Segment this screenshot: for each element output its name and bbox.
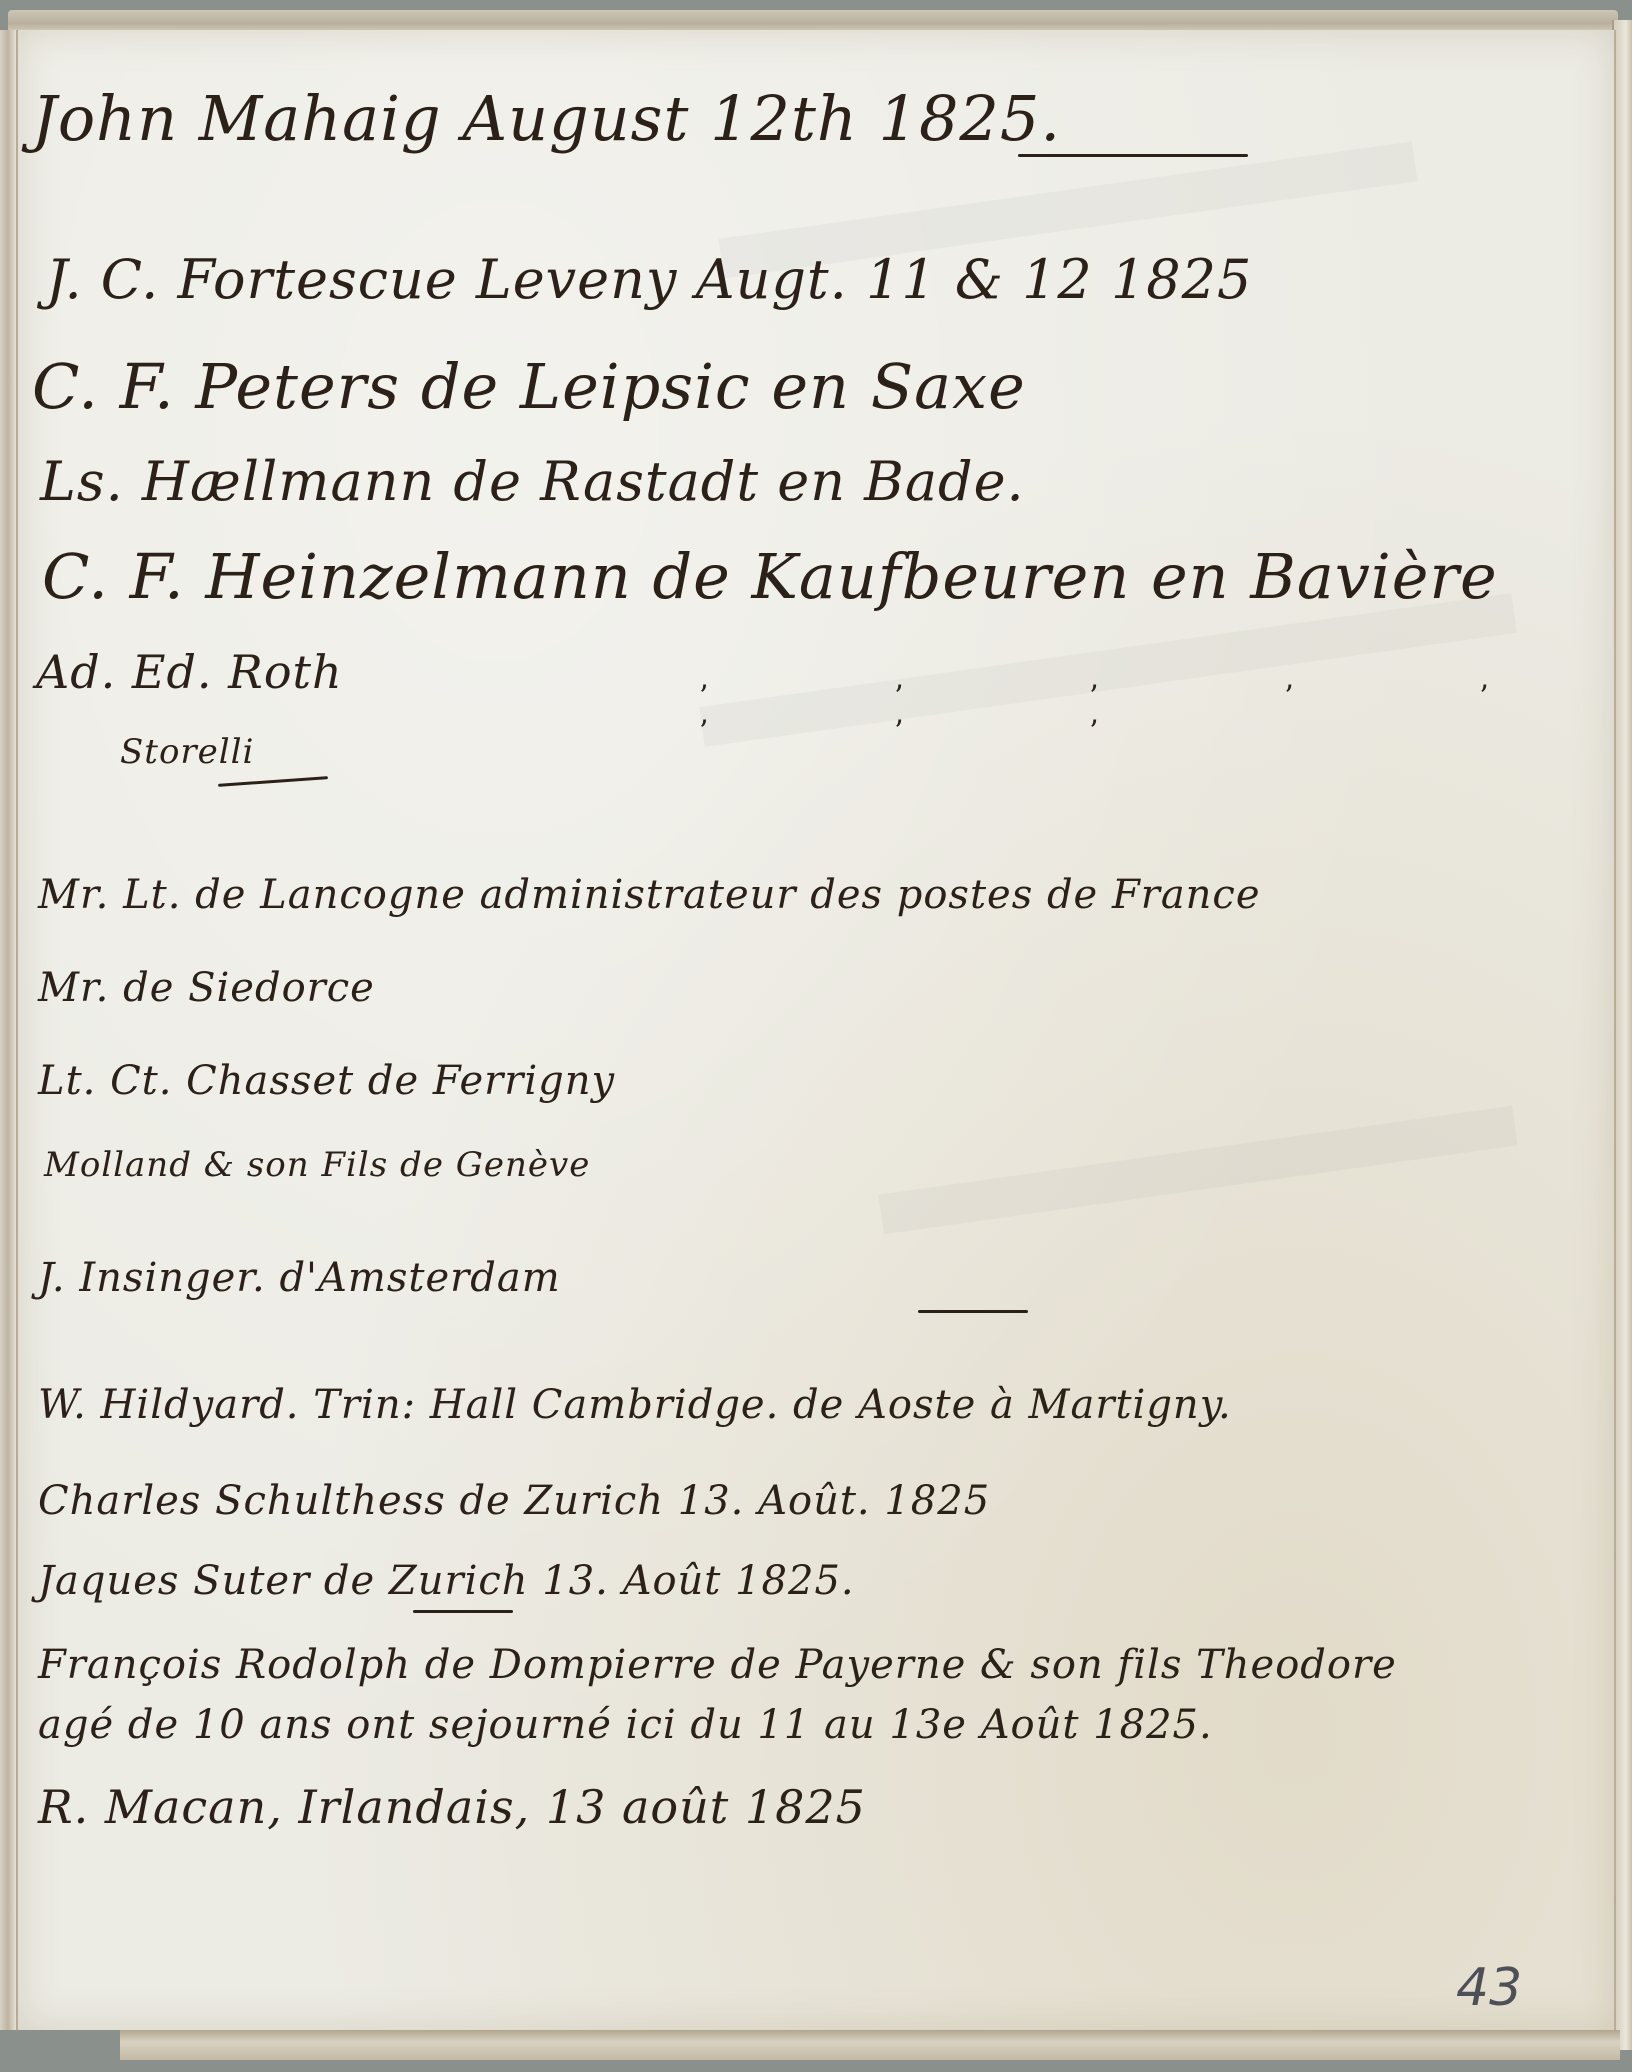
underline-stroke <box>918 1310 1028 1313</box>
ditto-marks: ʼ ʼ ʼ ʼ ʼ ʼ ʼ ʼ <box>698 680 1614 750</box>
register-entry: Mr. de Siedorce <box>38 965 375 1011</box>
register-entry: Ad. Ed. Roth <box>36 645 343 699</box>
book-page-stack-bottom <box>120 2030 1620 2060</box>
register-entry: Jaques Suter de Zurich 13. Août 1825. <box>38 1558 855 1604</box>
register-entry: W. Hildyard. Trin: Hall Cambridge. de Ao… <box>38 1382 1232 1428</box>
register-entry: Mr. Lt. de Lancogne administrateur des p… <box>38 872 1261 918</box>
register-entry: Lt. Ct. Chasset de Ferrigny <box>38 1058 615 1104</box>
register-entry: Ls. Hællmann de Rastadt en Bade. <box>40 450 1025 513</box>
page-number: 43 <box>1456 1958 1522 2018</box>
register-entry: R. Macan, Irlandais, 13 août 1825 <box>38 1780 866 1834</box>
register-entry: Molland & son Fils de Genève <box>44 1145 590 1185</box>
manuscript-page: John Mahaig August 12th 1825. J. C. Fort… <box>16 30 1616 2030</box>
register-entry: François Rodolph de Dompierre de Payerne… <box>38 1642 1397 1688</box>
underline-stroke <box>413 1610 513 1613</box>
signature-flourish <box>218 776 328 787</box>
register-entry: C. F. Peters de Leipsic en Saxe <box>32 350 1026 423</box>
register-entry: J. C. Fortescue Leveny Augt. 11 & 12 182… <box>46 248 1252 311</box>
register-entry: agé de 10 ans ont sejourné ici du 11 au … <box>38 1702 1213 1748</box>
bleed-through-shadow <box>878 1106 1517 1235</box>
register-entry: Storelli <box>120 732 254 772</box>
book-left-leaves <box>0 30 16 2030</box>
register-entry: Charles Schulthess de Zurich 13. Août. 1… <box>38 1478 990 1524</box>
register-entry: J. Insinger. d'Amsterdam <box>38 1255 561 1301</box>
underline-stroke <box>1018 154 1248 157</box>
register-entry: C. F. Heinzelmann de Kaufbeuren en Baviè… <box>42 540 1498 613</box>
register-entry: John Mahaig August 12th 1825. <box>32 82 1061 155</box>
